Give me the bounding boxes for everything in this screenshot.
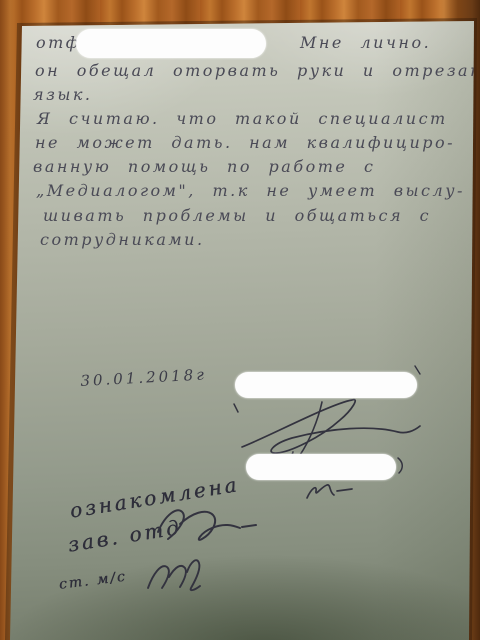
handwritten-line-7: „Медиалогом", т.к не умеет выслу- <box>36 181 465 200</box>
head-nurse-signature <box>148 560 200 590</box>
handwritten-line-2: он обещал оторвать руки и отрезать <box>35 61 480 80</box>
paper-sheet: отф Мне лично. он обещал оторвать руки и… <box>0 0 480 640</box>
handwritten-line-1-pre: отф <box>36 33 81 52</box>
handwritten-date: 30.01.2018г <box>80 365 207 390</box>
redaction-bar-middle <box>235 372 417 398</box>
redaction-bar-lower <box>246 454 396 480</box>
initials-scribble <box>307 485 352 498</box>
handwritten-line-4: Я считаю. что такой специалист <box>37 109 448 128</box>
handwritten-line-3: язык. <box>33 85 93 104</box>
head-of-department-note: зав. отд <box>66 515 183 557</box>
redaction-bar-top <box>76 29 266 58</box>
photo-of-document: отф Мне лично. он обещал оторвать руки и… <box>0 0 480 640</box>
handwritten-line-1-post: Мне лично. <box>300 33 431 52</box>
head-nurse-note: ст. м/с <box>58 569 128 593</box>
handwritten-line-6: ванную помощь по работе с <box>33 157 375 176</box>
handwritten-line-8: шивать проблемы и общаться с <box>43 206 431 225</box>
handwritten-line-9: сотрудниками. <box>40 230 205 249</box>
acknowledgement-note: ознакомлена <box>68 472 241 522</box>
pen-stroke-near-redaction <box>398 458 402 473</box>
handwritten-line-5: не может дать. нам квалифициро- <box>35 133 455 152</box>
